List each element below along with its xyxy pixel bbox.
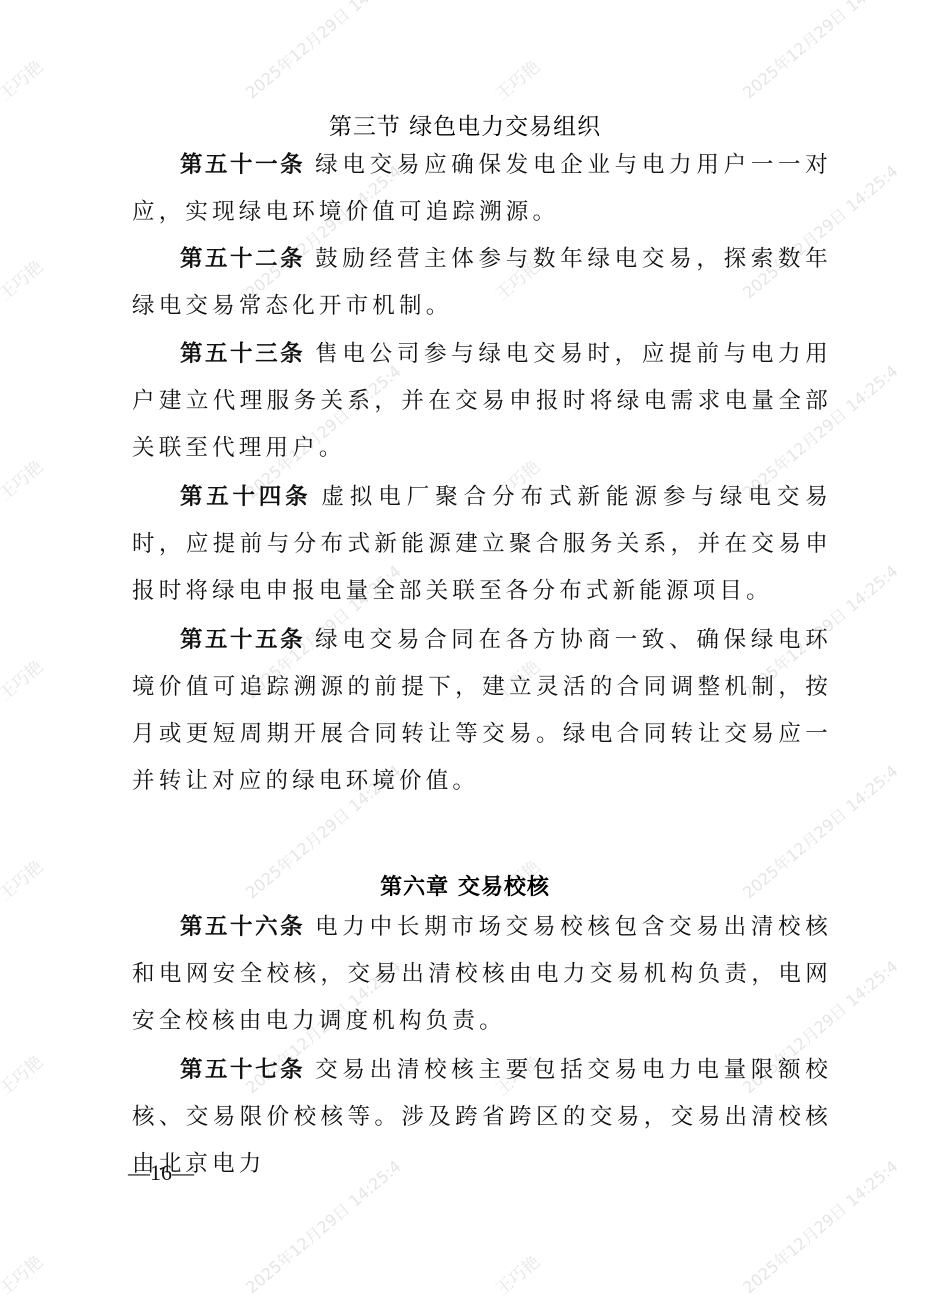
article-56: 第五十六条电力中长期市场交易校核包含交易出清校核和电网安全校核，交易出清校核由电… xyxy=(132,904,832,1045)
chapter-heading: 第六章 交易校核 xyxy=(0,870,930,901)
article-number: 第五十五条 xyxy=(180,627,305,653)
article-number: 第五十三条 xyxy=(180,341,305,367)
watermark-datetime: 2025年12月29日 14:25:4 xyxy=(737,0,902,103)
watermark-name: 王巧艳 xyxy=(489,53,544,105)
section-heading: 第三节 绿色电力交易组织 xyxy=(0,108,930,141)
article-number: 第五十六条 xyxy=(180,914,305,940)
page-number: —16— xyxy=(128,1160,194,1186)
article-55: 第五十五条绿电交易合同在各方协商一致、确保绿电环境价值可追踪溯源的前提下，建立灵… xyxy=(132,617,832,805)
watermark-name: 王巧艳 xyxy=(0,1248,47,1295)
article-number: 第五十二条 xyxy=(180,246,305,272)
watermark-name: 王巧艳 xyxy=(0,253,47,305)
watermark-name: 王巧艳 xyxy=(0,653,47,705)
article-number: 第五十一条 xyxy=(180,152,305,178)
watermark-name: 王巧艳 xyxy=(489,1248,544,1295)
watermark-name: 王巧艳 xyxy=(0,1048,47,1100)
document-page: 王巧艳 2025年12月29日 14:25:4 王巧艳 2025年12月29日 … xyxy=(0,0,930,1295)
article-57: 第五十七条交易出清校核主要包括交易电力电量限额校核、交易限价校核等。涉及跨省跨区… xyxy=(132,1047,832,1188)
watermark-name: 王巧艳 xyxy=(0,53,47,105)
article-number: 第五十七条 xyxy=(180,1057,305,1083)
article-52: 第五十二条鼓励经营主体参与数年绿电交易，探索数年绿电交易常态化开市机制。 xyxy=(132,236,832,330)
article-54: 第五十四条虚拟电厂聚合分布式新能源参与绿电交易时，应提前与分布式新能源建立聚合服… xyxy=(132,474,832,615)
article-51: 第五十一条绿电交易应确保发电企业与电力用户一一对应，实现绿电环境价值可追踪溯源。 xyxy=(132,142,832,236)
article-number: 第五十四条 xyxy=(180,484,311,510)
watermark-datetime: 2025年12月29日 14:25:4 xyxy=(240,0,405,103)
article-53: 第五十三条售电公司参与绿电交易时，应提前与电力用户建立代理服务关系，并在交易申报… xyxy=(132,331,832,472)
watermark-name: 王巧艳 xyxy=(0,453,47,505)
